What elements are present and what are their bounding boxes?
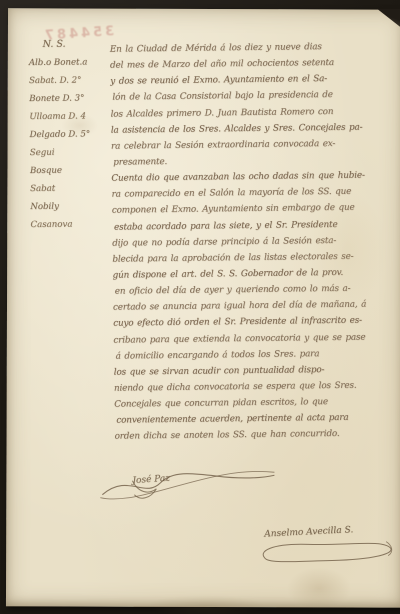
margin-entry: Bosque — [30, 165, 122, 184]
margin-entries-list: Alb.o Bonet.aSabat. D. 2°Bonete D. 3°Ull… — [29, 57, 123, 238]
margin-entry: Alb.o Bonet.a — [29, 57, 121, 76]
margin-entry: Sabat. D. 2° — [29, 75, 121, 94]
signature-secretary: José Paz — [98, 459, 278, 512]
scanned-document: 354487 N. S. Alb.o Bonet.aSabat. D. 2°Bo… — [0, 0, 400, 614]
paper-stain — [146, 595, 266, 614]
margin-notes-column: N. S. Alb.o Bonet.aSabat. D. 2°Bonete D.… — [29, 38, 123, 238]
margin-entry: Sabat — [30, 183, 122, 202]
signature-rubric — [252, 525, 400, 590]
manuscript-text-line: orden dicha se anoten los SS. que han co… — [114, 429, 366, 448]
margin-entry: Bonete D. 3° — [29, 93, 121, 112]
manuscript-paper: 354487 N. S. Alb.o Bonet.aSabat. D. 2°Bo… — [6, 8, 400, 607]
manuscript-body-text: En la Ciudad de Mérida á los diez y nuev… — [110, 42, 367, 449]
margin-entry: Segui — [30, 147, 122, 166]
signature-official: Anselmo Avecilla S. — [252, 525, 400, 590]
signature-flourish — [98, 459, 278, 512]
margin-entry: Delgado D. 5° — [30, 129, 122, 148]
margin-entry: Ulloama D. 4 — [29, 111, 121, 130]
folded-corner — [373, 9, 400, 31]
margin-entry: Nobily — [30, 201, 122, 220]
margin-entry: Casanova — [30, 219, 122, 238]
